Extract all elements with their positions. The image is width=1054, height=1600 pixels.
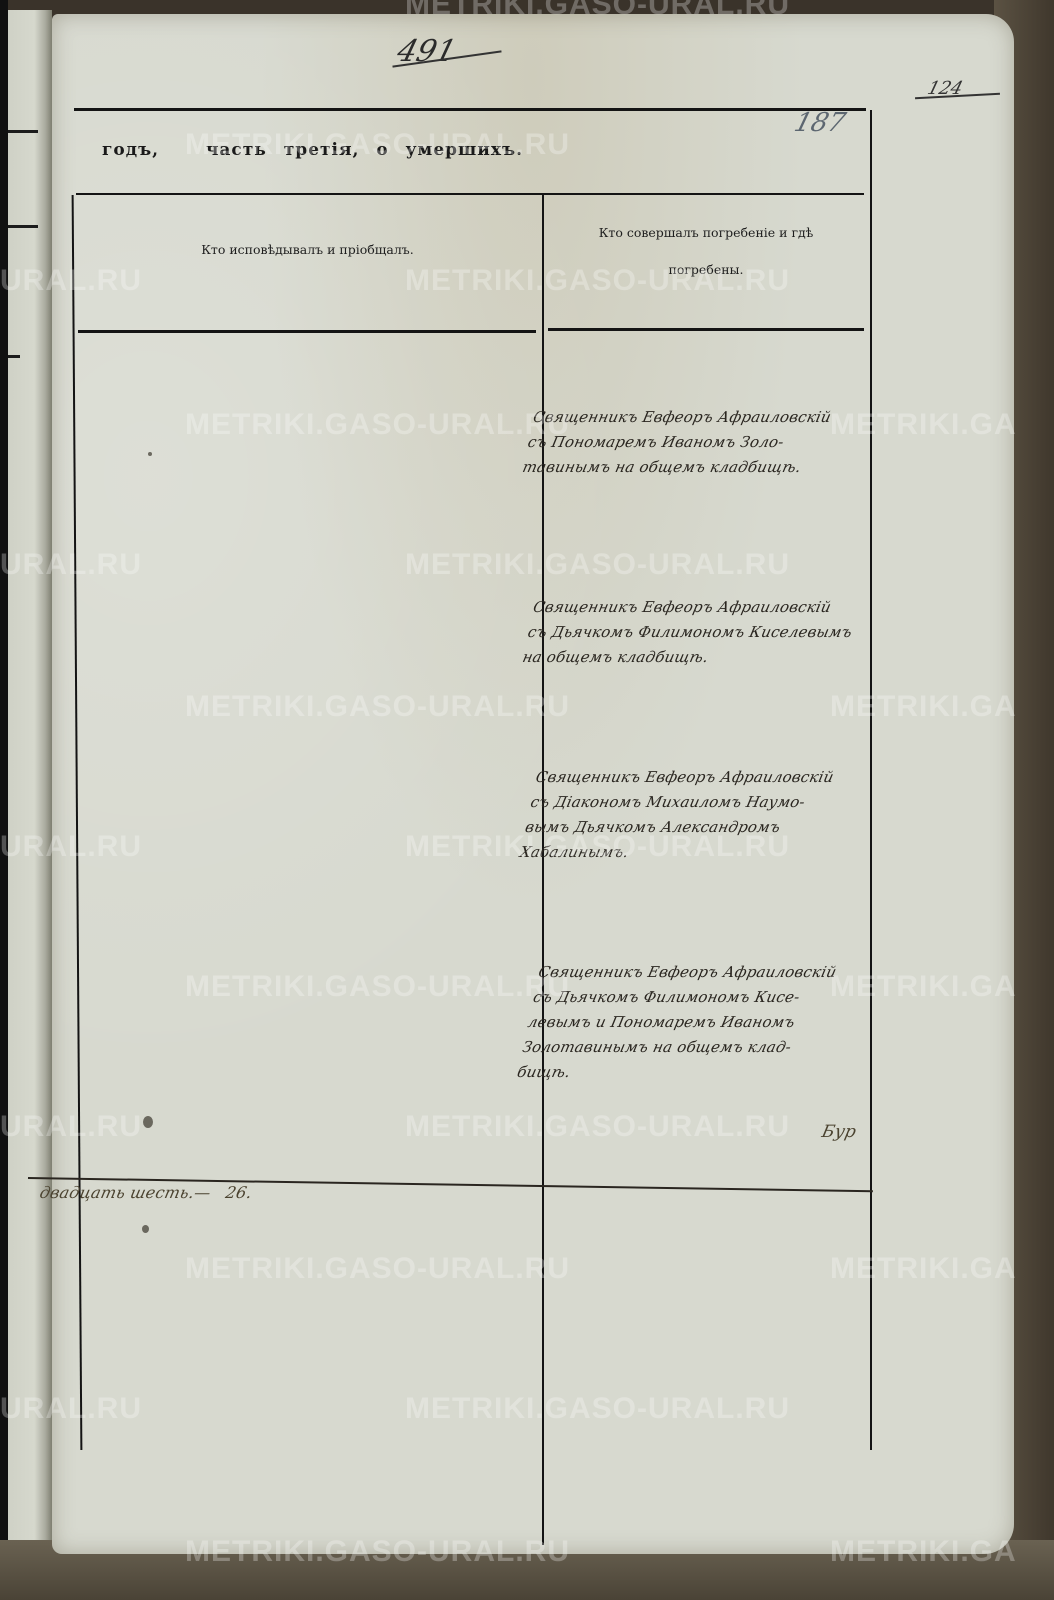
entry-line: тавинымъ на общемъ кладбищѣ.: [520, 455, 823, 480]
entry-line: Золотавинымъ на общемъ клад-: [520, 1035, 823, 1060]
ruling-stub: [8, 225, 38, 228]
entry-line: Священникъ Евфеоръ Афраиловскій: [536, 960, 839, 985]
entry-4: Священникъ Евфеоръ Афраиловскій съ Дьячк…: [515, 960, 839, 1085]
column-divider: [542, 195, 544, 1545]
total-number: 26.: [224, 1183, 254, 1202]
paper-spot: [142, 1225, 149, 1233]
previous-page-edge: [8, 10, 52, 1570]
paper-spot: [148, 452, 152, 456]
entry-line: левымъ и Пономаремъ Иваномъ: [525, 1010, 828, 1035]
entry-2: Священникъ Евфеоръ Афраиловскій съ Дьячк…: [520, 595, 860, 670]
column-header-burial-line2: погребены.: [548, 252, 864, 288]
paper-spot: [143, 1116, 153, 1128]
entry-line: Священникъ Евфеоръ Афраиловскій: [533, 765, 836, 790]
title-subject: о умершихъ.: [376, 140, 523, 160]
total-words: двадцать шесть.—: [38, 1183, 213, 1202]
header-bottom-rule-right: [548, 328, 864, 331]
entry-line: съ Діакономъ Михаиломъ Наумо-: [528, 790, 831, 815]
title-year: годъ,: [102, 140, 159, 160]
folio-number-pencil: 187: [791, 108, 849, 138]
right-vertical-rule: [870, 110, 872, 1450]
total-count: двадцать шесть.— 26.: [37, 1180, 254, 1205]
column-header-confessor: Кто исповѣдывалъ и пріобщалъ.: [80, 232, 535, 268]
entry-line: съ Дьячкомъ Филимономъ Киселевымъ: [525, 620, 854, 645]
header-bottom-rule-left: [78, 330, 536, 333]
entry-line: на общемъ кладбищѣ.: [520, 645, 849, 670]
entry-line: Священникъ Евфеоръ Афраиловскій: [531, 405, 834, 430]
signature: Бур: [819, 1120, 858, 1145]
entry-1: Священникъ Евфеоръ Афраиловскій съ Поном…: [520, 405, 833, 480]
entry-3: Священникъ Евфеоръ Афраиловскій съ Діако…: [517, 765, 836, 865]
title-part: часть третія,: [206, 140, 360, 160]
column-header-burial-line1: Кто совершалъ погребеніе и гдѣ: [548, 215, 864, 251]
ruling-stub: [8, 355, 20, 358]
book-binding-edge: [0, 0, 8, 1600]
top-rule: [74, 108, 866, 111]
entry-line: Священникъ Евфеоръ Афраиловскій: [531, 595, 860, 620]
entry-line: съ Пономаремъ Иваномъ Золо-: [525, 430, 828, 455]
entry-line: вымъ Дьячкомъ Александромъ: [523, 815, 826, 840]
ruling-stub: [8, 130, 38, 133]
entry-line: бищѣ.: [515, 1060, 818, 1085]
page-title: годъ, часть третія, о умершихъ.: [102, 140, 523, 160]
header-top-rule: [76, 193, 864, 195]
entry-line: съ Дьячкомъ Филимономъ Кисе-: [531, 985, 834, 1010]
entry-line: Хабалинымъ.: [517, 840, 820, 865]
